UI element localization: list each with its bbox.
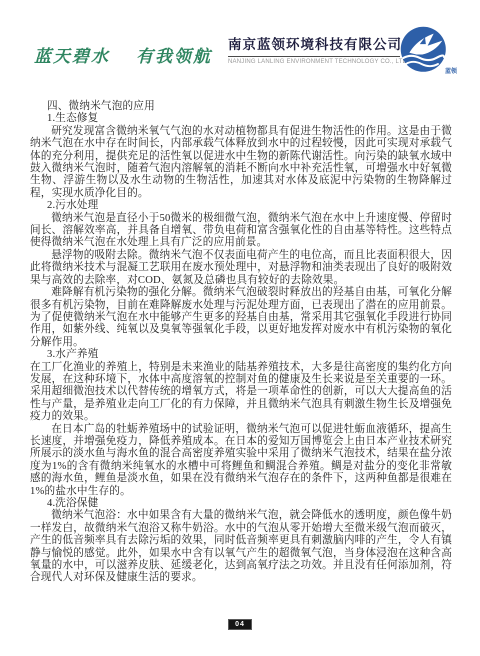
slogan-right: 有我领航 xyxy=(136,47,212,67)
paragraph-sewage-3: 难降解有机污染物的强化分解。微纳米气泡破裂时释放出的羟基自由基，可氧化分解很多有… xyxy=(30,287,452,349)
document-page: 蓝天碧水有我领航 南京蓝领环境科技有限公司 NANJING LANLING EN… xyxy=(0,0,480,656)
paragraph-sewage-1: 微纳米气泡是直径小于50微米的极细微气泡，微纳米气泡在水中上升速度慢、停留时间长… xyxy=(30,213,452,250)
section-heading-aquaculture: 3.水产养殖 xyxy=(30,349,452,361)
section-heading-ecology: 1.生态修复 xyxy=(30,113,452,125)
slogan-left: 蓝天碧水 xyxy=(34,47,110,67)
company-slogan: 蓝天碧水有我领航 xyxy=(34,42,212,67)
swan-logo-icon xyxy=(399,25,451,77)
page-footer: 04 xyxy=(0,613,480,631)
paragraph-aquaculture-2: 在日本广岛的牡蛎养殖场中的试验证明，微纳米气泡可以促进牡蛎血液循环，提高生长速度… xyxy=(30,424,452,498)
paragraph-ecology-1: 研究发现富含微纳米氧气气泡的水对动植物都具有促进生物活性的作用。这是由于微纳米气… xyxy=(30,126,452,200)
company-logo: 蓝领 xyxy=(399,25,457,77)
document-title: 四、微纳米气泡的应用 xyxy=(30,101,452,113)
company-name-underline xyxy=(228,56,400,57)
company-name-en: NANJING LANLING ENVIRONMENT TECHNOLOGY C… xyxy=(228,59,400,65)
paragraph-bathing-1: 微纳米气泡浴：水中如果含有大量的微纳米气泡，就会降低水的透明度，颜色像牛奶一样发… xyxy=(30,510,452,584)
paragraph-aquaculture-1: 在工厂化渔业的养殖上，特别是未来渔业的陆基养殖技术，大多是往高密度的集约化方向发… xyxy=(30,362,452,424)
section-heading-sewage: 2.污水处理 xyxy=(30,200,452,212)
page-number-badge: 04 xyxy=(228,619,252,630)
paragraph-sewage-2: 悬浮物的吸附去除。微纳米气泡不仅表面电荷产生的电位高，而且比表面积很大，因此将微… xyxy=(30,250,452,287)
company-name-block: 南京蓝领环境科技有限公司 NANJING LANLING ENVIRONMENT… xyxy=(228,33,400,65)
company-name-cn: 南京蓝领环境科技有限公司 xyxy=(228,33,400,53)
logo-label: 蓝领 xyxy=(445,66,457,75)
document-body: 四、微纳米气泡的应用 1.生态修复 研究发现富含微纳米氧气气泡的水对动植物都具有… xyxy=(30,101,452,585)
section-heading-bathing: 4.洗浴保健 xyxy=(30,498,452,510)
